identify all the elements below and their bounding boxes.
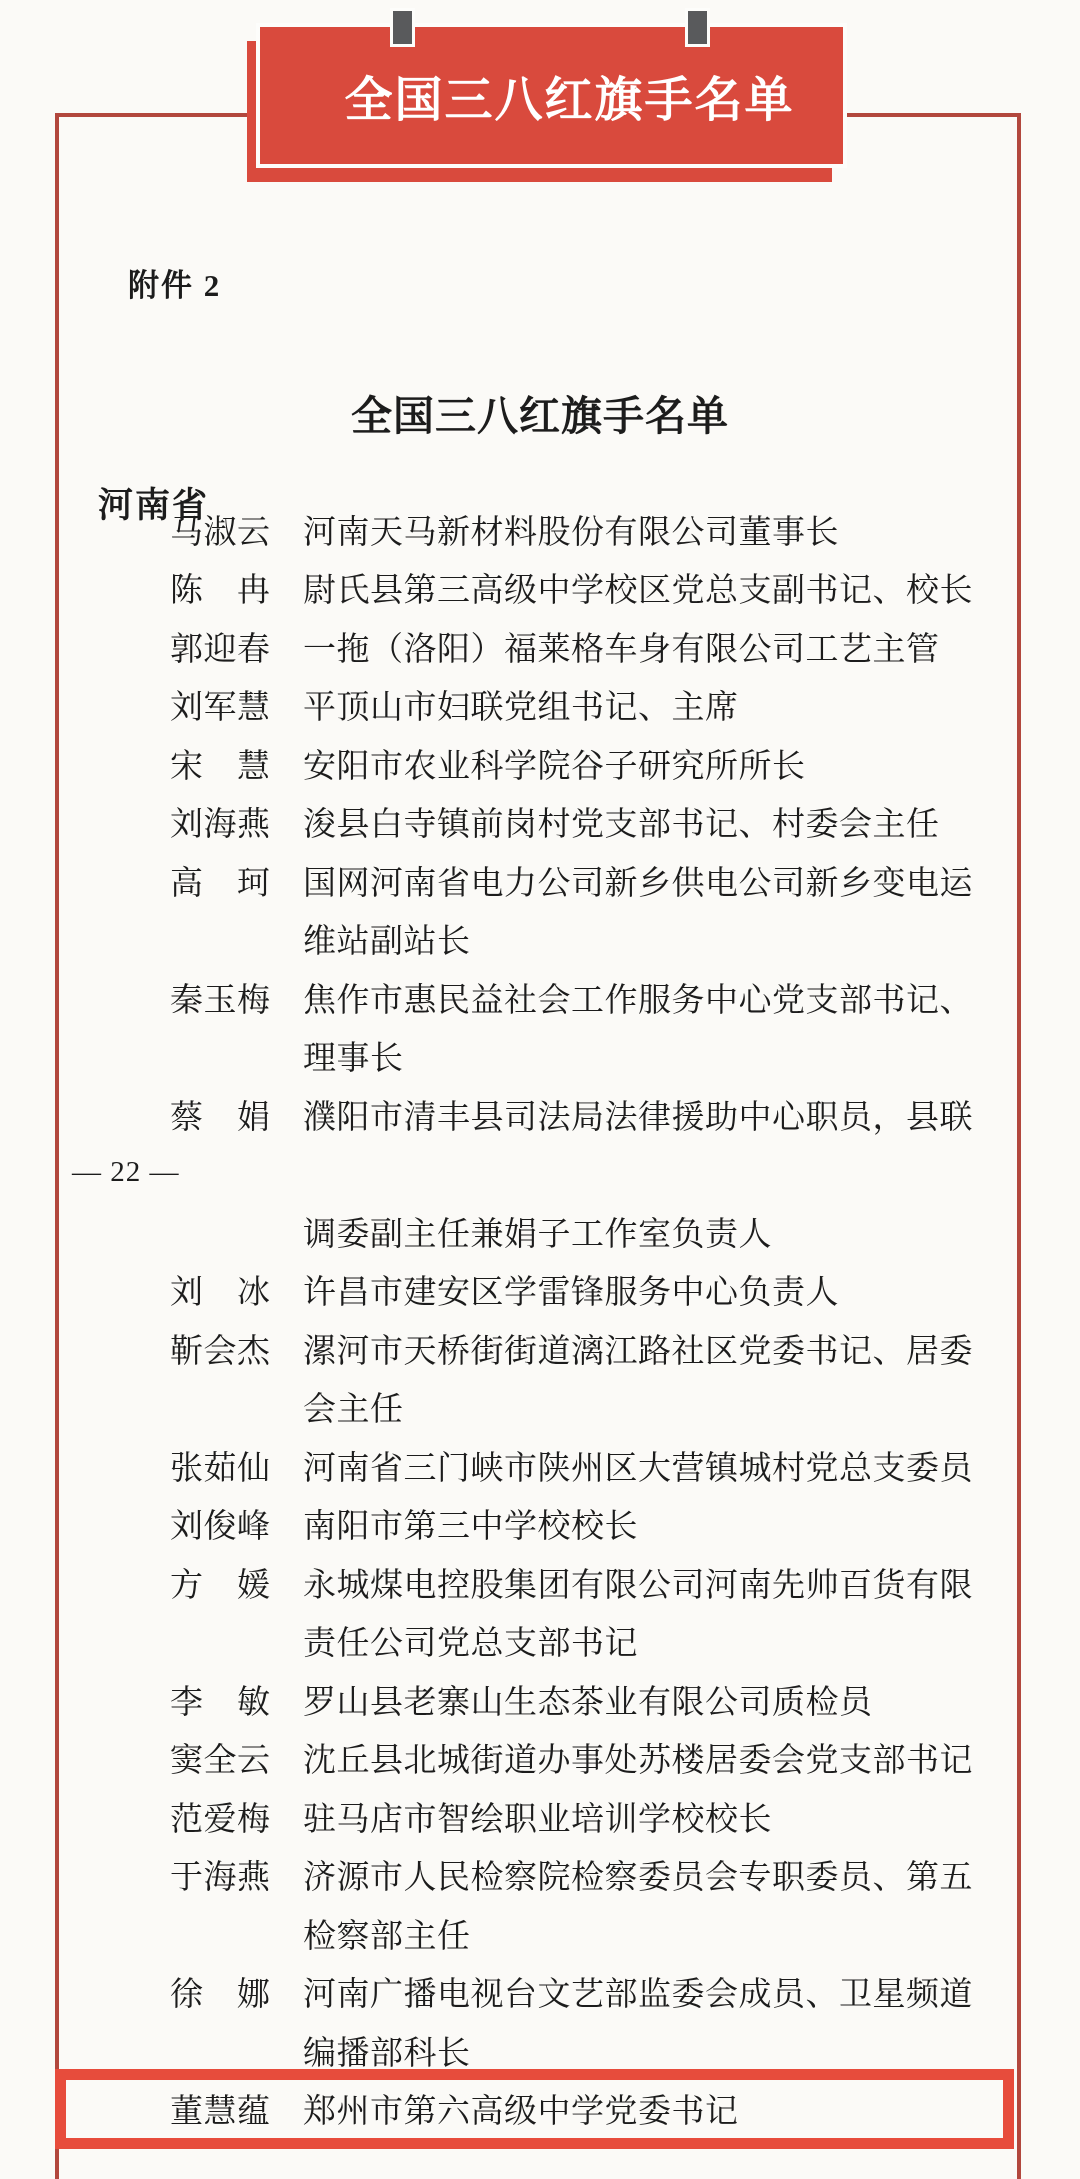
person-title: 永城煤电控股集团有限公司河南先帅百货有限 <box>303 1559 973 1606</box>
person-title: 理事长 <box>303 1032 404 1079</box>
person-title: 郑州市第六高级中学党委书记 <box>303 2085 739 2132</box>
roster-row: 靳会杰漯河市天桥街街道漓江路社区党委书记、居委 <box>170 1319 982 1378</box>
roster-row: 检察部主任 <box>170 1904 982 1963</box>
banner-title: 全国三八红旗手名单 <box>308 61 794 130</box>
person-title: 河南天马新材料股份有限公司董事长 <box>303 506 839 553</box>
person-name: 于海燕 <box>170 1851 270 1898</box>
person-title: 调委副主任兼娟子工作室负责人 <box>303 1208 772 1255</box>
roster-row: 马淑云河南天马新材料股份有限公司董事长 <box>170 500 982 559</box>
roster-row: 调委副主任兼娟子工作室负责人 <box>170 1202 982 1261</box>
roster-row: 秦玉梅焦作市惠民益社会工作服务中心党支部书记、 <box>170 968 982 1027</box>
roster-row: 于海燕济源市人民检察院检察委员会专职委员、第五 <box>170 1846 982 1905</box>
roster-row: 会主任 <box>170 1378 982 1437</box>
document-page: { "banner": { "title": "全国三八红旗手名单" }, "p… <box>0 0 1080 2179</box>
roster-row: 刘海燕浚县白寺镇前岗村党支部书记、村委会主任 <box>170 793 982 852</box>
roster-row: 刘 冰许昌市建安区学雷锋服务中心负责人 <box>170 1261 982 1320</box>
person-title: 责任公司党总支部书记 <box>303 1617 638 1664</box>
person-name: 刘 冰 <box>170 1266 270 1313</box>
person-title: 河南广播电视台文艺部监委会成员、卫星频道 <box>303 1968 973 2015</box>
person-title: 一拖（洛阳）福莱格车身有限公司工艺主管 <box>303 623 940 670</box>
person-name: 刘海燕 <box>170 798 270 845</box>
person-name: 秦玉梅 <box>170 974 270 1021</box>
roster-row: 宋 慧安阳市农业科学院谷子研究所所长 <box>170 734 982 793</box>
roster-row: 窦全云沈丘县北城街道办事处苏楼居委会党支部书记 <box>170 1729 982 1788</box>
roster-row: 徐 娜河南广播电视台文艺部监委会成员、卫星频道 <box>170 1963 982 2022</box>
person-title: 濮阳市清丰县司法局法律援助中心职员，县联 <box>303 1091 973 1138</box>
person-title: 济源市人民检察院检察委员会专职委员、第五 <box>303 1851 973 1898</box>
roster-row: 郭迎春一拖（洛阳）福莱格车身有限公司工艺主管 <box>170 617 982 676</box>
person-title: 编播部科长 <box>303 2027 471 2074</box>
person-name: 刘军慧 <box>170 681 270 728</box>
person-name: 靳会杰 <box>170 1325 270 1372</box>
clip-icon <box>688 11 707 44</box>
person-name: 范爱梅 <box>170 1793 270 1840</box>
person-name: 李 敏 <box>170 1676 270 1723</box>
roster-row: 张茹仙河南省三门峡市陕州区大营镇城村党总支委员 <box>170 1436 982 1495</box>
roster-list: 马淑云河南天马新材料股份有限公司董事长陈 冉尉氏县第三高级中学校区党总支副书记、… <box>170 500 982 2138</box>
person-name: 马淑云 <box>170 506 270 553</box>
roster-row: 范爱梅驻马店市智绘职业培训学校校长 <box>170 1787 982 1846</box>
person-title: 焦作市惠民益社会工作服务中心党支部书记、 <box>303 974 973 1021</box>
roster-row: 李 敏罗山县老寨山生态茶业有限公司质检员 <box>170 1670 982 1729</box>
person-title: 国网河南省电力公司新乡供电公司新乡变电运 <box>303 857 973 904</box>
roster-row: 高 珂国网河南省电力公司新乡供电公司新乡变电运 <box>170 851 982 910</box>
page-number: — 22 — <box>72 1144 982 1203</box>
clip-icon <box>393 11 412 44</box>
person-title: 维站副站长 <box>303 915 471 962</box>
person-title: 检察部主任 <box>303 1910 471 1957</box>
roster-row: 责任公司党总支部书记 <box>170 1612 982 1671</box>
person-title: 浚县白寺镇前岗村党支部书记、村委会主任 <box>303 798 940 845</box>
person-title: 漯河市天桥街街道漓江路社区党委书记、居委 <box>303 1325 973 1372</box>
roster-row: 理事长 <box>170 1027 982 1086</box>
person-title: 罗山县老寨山生态茶业有限公司质检员 <box>303 1676 873 1723</box>
person-title: 沈丘县北城街道办事处苏楼居委会党支部书记 <box>303 1734 973 1781</box>
roster-row: 蔡 娟濮阳市清丰县司法局法律援助中心职员，县联 <box>170 1085 982 1144</box>
person-name: 蔡 娟 <box>170 1091 270 1138</box>
person-name: 刘俊峰 <box>170 1500 270 1547</box>
person-name: 高 珂 <box>170 857 270 904</box>
person-name: 陈 冉 <box>170 564 270 611</box>
person-name: 郭迎春 <box>170 623 270 670</box>
roster-row: 维站副站长 <box>170 910 982 969</box>
document-title: 全国三八红旗手名单 <box>0 383 1080 442</box>
person-title: 河南省三门峡市陕州区大营镇城村党总支委员 <box>303 1442 973 1489</box>
attachment-label: 附件 2 <box>128 260 221 305</box>
person-name: 董慧蕴 <box>170 2085 270 2132</box>
person-title: 驻马店市智绘职业培训学校校长 <box>303 1793 772 1840</box>
person-name: 宋 慧 <box>170 740 270 787</box>
person-title: 安阳市农业科学院谷子研究所所长 <box>303 740 806 787</box>
roster-row: 编播部科长 <box>170 2021 982 2080</box>
header-banner: 全国三八红旗手名单 <box>256 23 847 168</box>
roster-row-highlighted: 董慧蕴郑州市第六高级中学党委书记 <box>170 2080 982 2139</box>
person-name: 窦全云 <box>170 1734 270 1781</box>
person-title: 会主任 <box>303 1383 404 1430</box>
roster-row: 刘俊峰南阳市第三中学校校长 <box>170 1495 982 1554</box>
person-title: 平顶山市妇联党组书记、主席 <box>303 681 739 728</box>
person-title: 南阳市第三中学校校长 <box>303 1500 638 1547</box>
person-name: 张茹仙 <box>170 1442 270 1489</box>
person-title: 许昌市建安区学雷锋服务中心负责人 <box>303 1266 839 1313</box>
roster-row: 方 媛永城煤电控股集团有限公司河南先帅百货有限 <box>170 1553 982 1612</box>
person-name: 徐 娜 <box>170 1968 270 2015</box>
roster-row: 陈 冉尉氏县第三高级中学校区党总支副书记、校长 <box>170 559 982 618</box>
roster-row: 刘军慧平顶山市妇联党组书记、主席 <box>170 676 982 735</box>
person-name: 方 媛 <box>170 1559 270 1606</box>
person-title: 尉氏县第三高级中学校区党总支副书记、校长 <box>303 564 973 611</box>
